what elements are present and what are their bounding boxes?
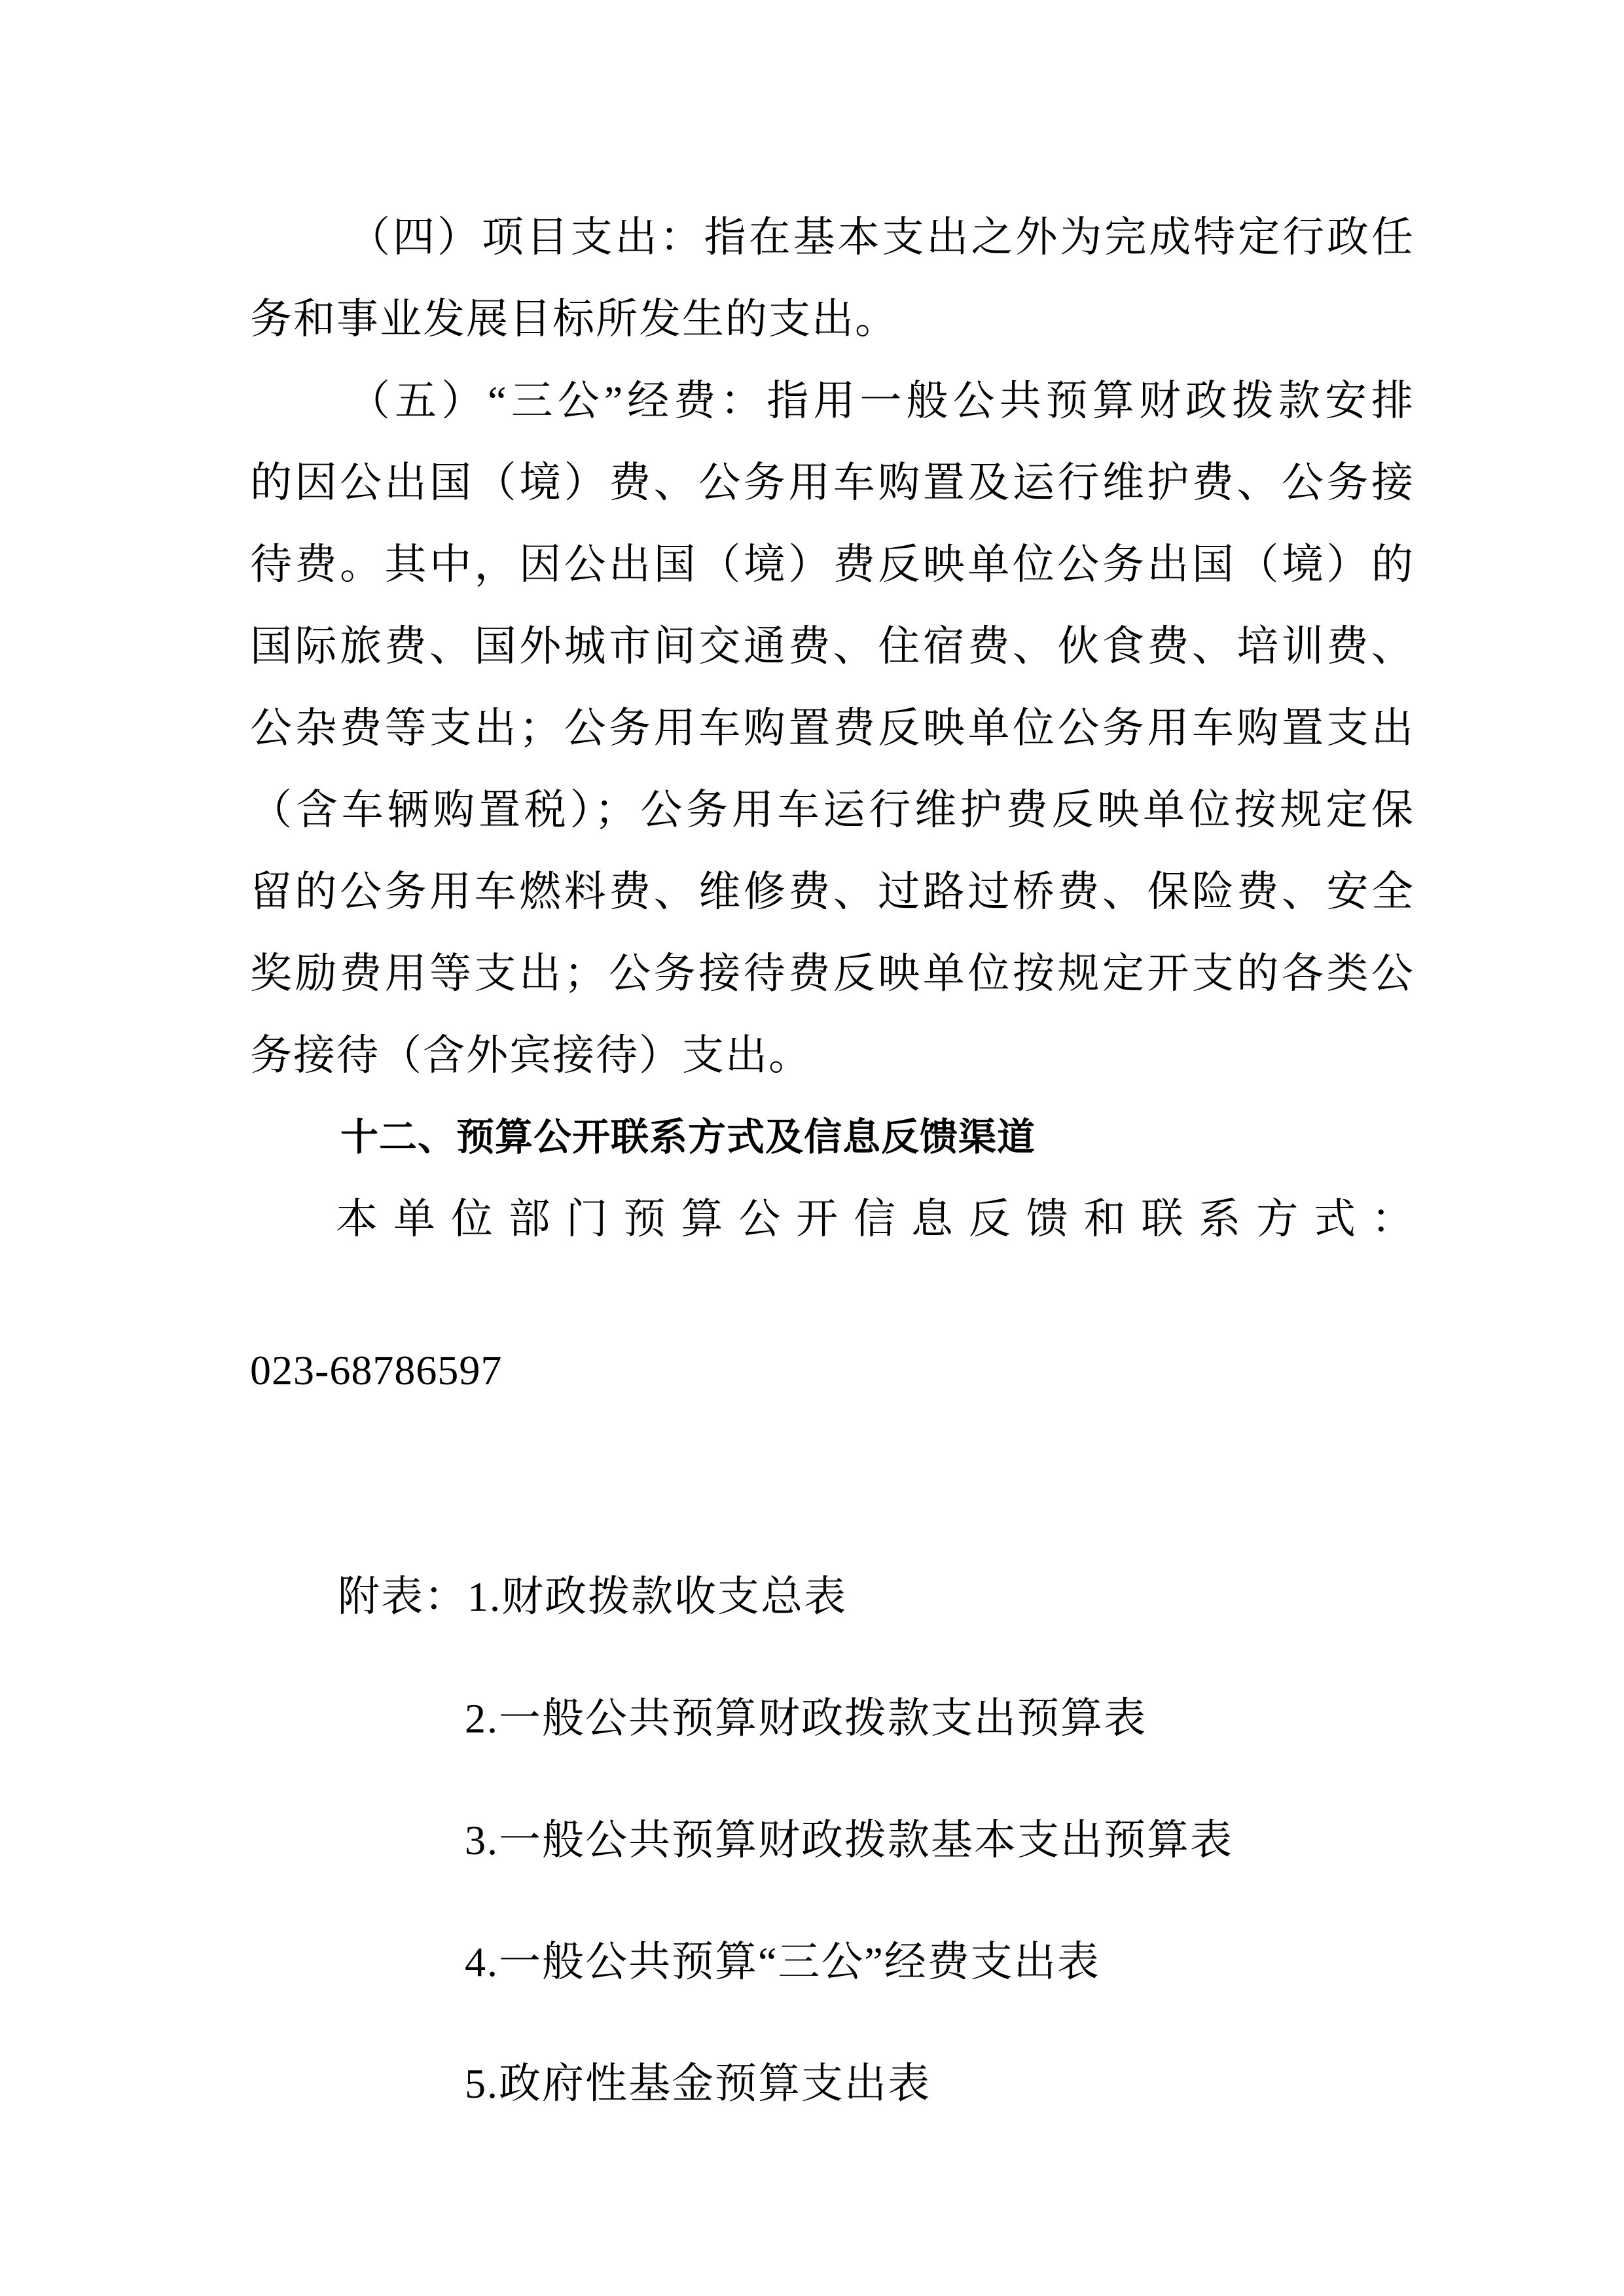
paragraph-line: （含车辆购置税）；公务用车运行维护费反映单位按规定保	[250, 769, 1415, 851]
paragraph-line: 奖励费用等支出；公务接待费反映单位按规定开支的各类公	[250, 933, 1415, 1014]
phone-number: 023-68786597	[250, 1329, 1415, 1411]
appendix-row: 附表：1.财政拨款收支总表	[250, 1536, 1428, 1658]
paragraph-line: 务和事业发展目标所发生的支出。	[250, 278, 1415, 360]
paragraph-line: 国际旅费、国外城市间交通费、住宿费、伙食费、培训费、	[250, 605, 1415, 687]
paragraph-line: （四）项目支出：指在基本支出之外为完成特定行政任	[250, 196, 1415, 278]
appendix-row: 4.一般公共预算“三公”经费支出表	[250, 1901, 1428, 2023]
appendix-item: 5.政府性基金预算支出表	[465, 2060, 931, 2107]
appendix-row: 2.一般公共预算财政拨款支出预算表	[250, 1658, 1428, 1780]
appendix-list: 附表：1.财政拨款收支总表 2.一般公共预算财政拨款支出预算表 3.一般公共预算…	[250, 1536, 1428, 2145]
paragraph-line: 留的公务用车燃料费、维修费、过路过桥费、保险费、安全	[250, 851, 1415, 933]
paragraph-line: 的因公出国（境）费、公务用车购置及运行维护费、公务接	[250, 442, 1415, 524]
body-text: （四）项目支出：指在基本支出之外为完成特定行政任 务和事业发展目标所发生的支出。…	[250, 196, 1415, 1411]
appendix-item: 2.一般公共预算财政拨款支出预算表	[465, 1695, 1147, 1742]
paragraph-line: 待费。其中，因公出国（境）费反映单位公务出国（境）的	[250, 524, 1415, 605]
paragraph-line: 务接待（含外宾接待）支出。	[250, 1014, 1415, 1096]
document-page: （四）项目支出：指在基本支出之外为完成特定行政任 务和事业发展目标所发生的支出。…	[0, 0, 1624, 2296]
appendix-item: 4.一般公共预算“三公”经费支出表	[465, 1939, 1100, 1985]
paragraph-line: 公杂费等支出；公务用车购置费反映单位公务用车购置支出	[250, 687, 1415, 769]
appendix-item: 1.财政拨款收支总表	[467, 1573, 847, 1620]
paragraph-line: （五）“三公”经费：指用一般公共预算财政拨款安排	[250, 360, 1415, 442]
appendix-row: 3.一般公共预算财政拨款基本支出预算表	[250, 1780, 1428, 1901]
appendix-label: 附表：	[338, 1573, 467, 1620]
appendix-item: 3.一般公共预算财政拨款基本支出预算表	[465, 1817, 1233, 1863]
contact-line: 本单位部门预算公开信息反馈和联系方式：	[250, 1178, 1415, 1260]
appendix-row: 5.政府性基金预算支出表	[250, 2023, 1428, 2145]
section-heading: 十二、预算公开联系方式及信息反馈渠道	[250, 1096, 1415, 1178]
